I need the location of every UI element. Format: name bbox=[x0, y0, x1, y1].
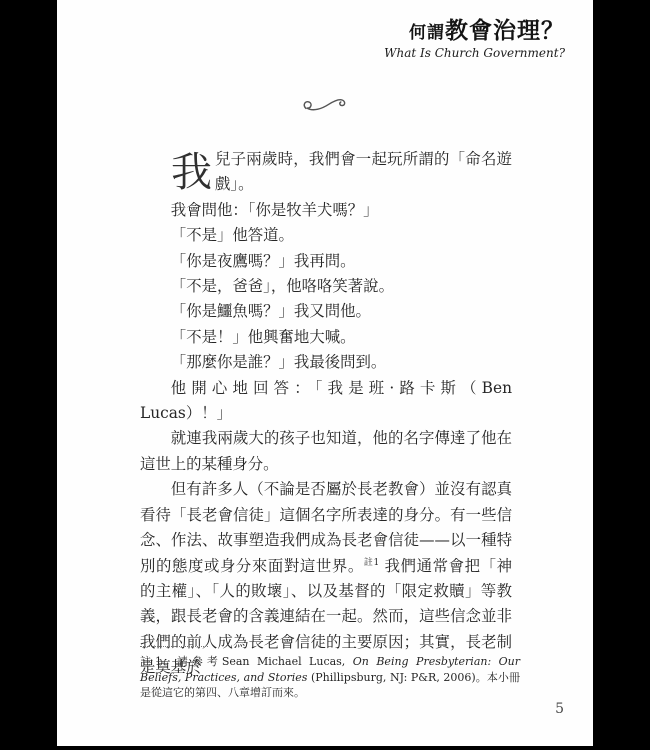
dialogue-section: 我會問他：「你是牧羊犬嗎？」「不是」他答道。「你是夜鷹嗎？」我再問。「不是，爸爸… bbox=[140, 198, 512, 477]
body-paragraph: 我會問他：「你是牧羊犬嗎？」 bbox=[140, 198, 512, 223]
footnote-divider bbox=[140, 646, 208, 647]
footnote-block: 註1請參考Sean Michael Lucas, On Being Presby… bbox=[140, 646, 520, 701]
chapter-title-prefix: 何謂 bbox=[409, 23, 445, 43]
body-paragraph: 「你是夜鷹嗎？」我再問。 bbox=[140, 249, 512, 274]
body-paragraph: 「那麼你是誰？」我最後問到。 bbox=[140, 350, 512, 375]
body-text-column: 我兒子兩歲時，我們會一起玩所謂的「命名遊戲」。 我會問他：「你是牧羊犬嗎？」「不… bbox=[140, 147, 512, 681]
footnote-lead-text: 請參考Sean Michael Lucas, bbox=[173, 655, 353, 668]
book-page: 何謂教會治理？ What Is Church Government? 我兒子兩歲… bbox=[57, 0, 593, 746]
body-paragraph: 「不是，爸爸」，他咯咯笑著說。 bbox=[140, 274, 512, 299]
opening-paragraph: 我兒子兩歲時，我們會一起玩所謂的「命名遊戲」。 bbox=[140, 147, 512, 198]
chapter-subtitle-english: What Is Church Government? bbox=[384, 46, 565, 60]
footnote-marker: 註1 bbox=[140, 655, 162, 668]
body-paragraph: 就連我兩歲大的孩子也知道，他的名字傳達了他在這世上的某種身分。 bbox=[140, 426, 512, 477]
swirl-flourish-icon bbox=[57, 93, 593, 121]
chapter-title-main: 教會治理？ bbox=[445, 17, 565, 44]
chapter-title: 何謂教會治理？ bbox=[384, 12, 565, 45]
running-head: 何謂教會治理？ What Is Church Government? bbox=[384, 12, 565, 60]
body-paragraph: 「你是鱷魚嗎？」我又問他。 bbox=[140, 299, 512, 324]
dropcap-character: 我 bbox=[171, 150, 212, 194]
body-paragraph: 「不是」他答道。 bbox=[140, 223, 512, 248]
page-number: 5 bbox=[555, 701, 564, 717]
footnote-reference-marker: 註1 bbox=[364, 557, 379, 567]
scanned-book-screen: 何謂教會治理？ What Is Church Government? 我兒子兩歲… bbox=[0, 0, 650, 750]
opening-paragraph-text: 兒子兩歲時，我們會一起玩所謂的「命名遊戲」。 bbox=[215, 150, 512, 193]
body-paragraph: 「不是！」他興奮地大喊。 bbox=[140, 325, 512, 350]
body-paragraph: 他開心地回答：「我是班·路卡斯（Ben Lucas）！」 bbox=[140, 376, 512, 427]
